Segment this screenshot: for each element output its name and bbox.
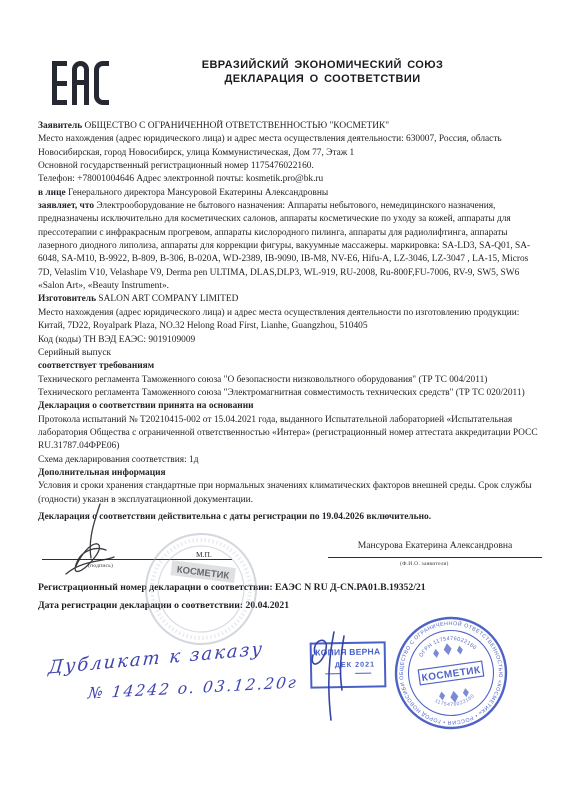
paragraph-basis-heading: Декларация о соответствии принята на осн… [38,400,541,413]
svg-text:ОГРН 1175476022160: ОГРН 1175476022160 [416,632,478,659]
paragraph-protocol: Протокола испытаний № Т20210415-002 от 1… [38,414,541,454]
handwritten-note-line2: № 14242 о. 03.12.20г [87,673,299,702]
round-stamp-ornament [432,641,470,705]
signature-line [42,559,232,560]
paragraph-applicant: Заявитель ОБЩЕСТВО С ОГРАНИЧЕННОЙ ОТВЕТС… [38,120,541,133]
paragraph-manufacturer: Изготовитель SALON ART COMPANY LIMITED [38,293,541,306]
paragraph-product: заявляет, что Электрооборудование не быт… [38,200,541,293]
company-round-stamp: ОБЩЕСТВО С ОГРАНИЧЕННОЙ ОТВЕТСТВЕННОСТЬЮ… [384,606,517,739]
eac-logo: ЕАС [52,61,109,105]
svg-text:ОБЩЕСТВО С ОГРАНИЧЕННОЙ ОТВЕТС: ОБЩЕСТВО С ОГРАНИЧЕННОЙ ОТВЕТСТВЕННОСТЬЮ… [384,606,509,733]
paragraph-validity: Декларация о соответствии действительна … [38,511,541,524]
registration-number-line: Регистрационный номер декларации о соотв… [38,582,426,593]
paragraph-director: в лице Генерального директора Мансуровой… [38,187,541,200]
declaration-page: ЕАС ЕВРАЗИЙСКИЙ ЭКОНОМИЧЕСКИЙ СОЮЗ ДЕКЛА… [0,0,566,800]
copy-stamp-title: КОПИЯ ВЕРНА [312,646,384,657]
handwritten-note-line1: Дубликат к заказу [47,638,264,678]
round-stamp-bottom-digits: 1175476022160 [433,693,477,711]
paragraph-additional-heading: Дополнительная информация [38,467,541,480]
name-caption: (Ф.И.О. заявителя) [400,561,449,567]
paragraph-manufacturer-address: Место нахождения (адрес юридического лиц… [38,307,541,334]
paragraph-address: Место нахождения (адрес юридического лиц… [38,133,541,160]
paragraph-tnved-code: Код (коды) ТН ВЭД ЕАЭС: 9019109009 [38,334,541,347]
paragraph-serial: Серийный выпуск [38,347,541,360]
mp-stamp-center-text: КОСМЕТИК [176,564,230,581]
name-line [328,557,542,558]
round-stamp-ogrn-text: ОГРН 1175476022160 [416,632,478,659]
paragraph-tr020: Технического регламента Таможенного союз… [38,387,541,400]
copy-stamp-date: ДЕК 2021 [312,659,384,669]
copy-stamp-lines [312,672,384,674]
paragraph-complies-heading: соответствует требованиям [38,360,541,373]
paragraph-contacts: Телефон: +78001004646 Адрес электронной … [38,173,541,186]
registration-date-line: Дата регистрации декларации о соответств… [38,600,289,611]
declaration-body: Заявитель ОБЩЕСТВО С ОГРАНИЧЕННОЙ ОТВЕТС… [38,120,541,524]
paragraph-ogrn: Основной государственный регистрационный… [38,160,541,173]
paragraph-tr004: Технического регламента Таможенного союз… [38,374,541,387]
mp-label: М.П. [196,550,212,559]
signature-caption: (подпись) [88,563,113,569]
eac-letter-e [52,61,67,105]
eac-letter-c [94,61,109,105]
round-stamp-center-text: КОСМЕТИК [421,665,482,684]
applicant-name: Мансурова Екатерина Александровна [328,540,542,551]
mp-stamp-center-bar [170,560,235,583]
copy-verified-stamp: КОПИЯ ВЕРНА ДЕК 2021 [310,641,387,688]
paragraph-scheme: Схема декларирования соответствия: 1д [38,454,541,467]
paragraph-storage: Условия и сроки хранения стандартные при… [38,480,541,507]
svg-text:1175476022160: 1175476022160 [433,693,477,711]
document-header: ЕВРАЗИЙСКИЙ ЭКОНОМИЧЕСКИЙ СОЮЗ ДЕКЛАРАЦИ… [150,58,495,86]
round-stamp-outer-text: ОБЩЕСТВО С ОГРАНИЧЕННОЙ ОТВЕТСТВЕННОСТЬЮ… [384,606,509,733]
document-title: ДЕКЛАРАЦИЯ О СООТВЕТСТВИИ [150,72,495,86]
eac-letter-a [72,61,89,105]
union-title: ЕВРАЗИЙСКИЙ ЭКОНОМИЧЕСКИЙ СОЮЗ [150,58,495,72]
